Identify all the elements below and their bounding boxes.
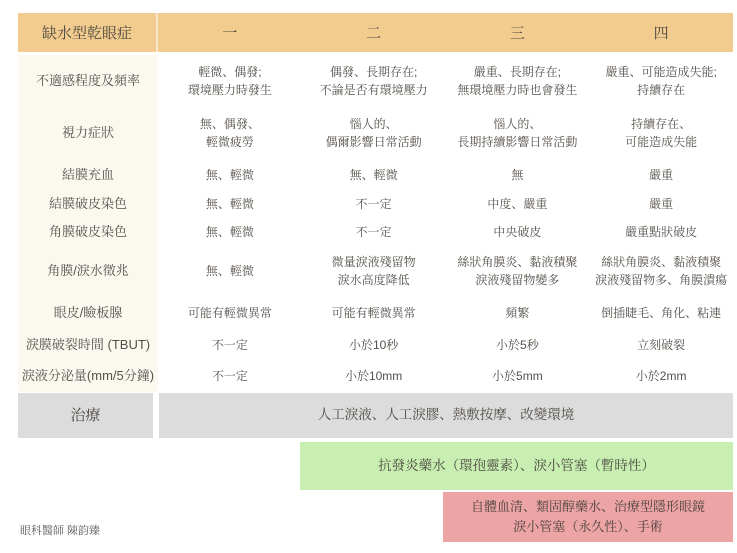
table-cell: 小於2mm: [589, 360, 733, 392]
table-cell: 倒插睫毛、角化、粘連: [589, 296, 733, 329]
header-col-2: 二: [302, 13, 446, 52]
table-cell: 無、輕微: [158, 246, 302, 296]
header-col-3: 三: [446, 13, 590, 52]
table-cell: 微量淚液殘留物 淚水高度降低: [302, 246, 446, 296]
dry-eye-severity-table-page: 缺水型乾眼症 一 二 三 四 不適感程度及頻率 輕微、偶發; 環境壓力時發生 偶…: [0, 0, 737, 553]
table-cell: 小於5秒: [446, 329, 590, 360]
severity-table-body: 不適感程度及頻率 輕微、偶發; 環境壓力時發生 偶發、長期存在; 不論是否有環境…: [18, 55, 733, 392]
table-cell: 不一定: [158, 360, 302, 392]
table-cell: 小於10mm: [302, 360, 446, 392]
table-cell: 惱人的、 長期持續影響日常活動: [446, 107, 590, 159]
table-cell: 立刻破裂: [589, 329, 733, 360]
treatment-all-levels-bar: 人工淚液、人工淚膠、熱敷按摩、改變環境: [159, 393, 733, 438]
table-cell: 嚴重、可能造成失能; 持續存在: [589, 55, 733, 107]
table-cell: 惱人的、 偶爾影響日常活動: [302, 107, 446, 159]
table-header-row: 缺水型乾眼症 一 二 三 四: [18, 13, 733, 52]
row-label: 角膜/淚水徵兆: [18, 246, 158, 296]
row-label: 視力症狀: [18, 107, 158, 159]
row-label: 結膜破皮染色: [18, 190, 158, 218]
table-cell: 可能有輕微異常: [158, 296, 302, 329]
row-label: 角膜破皮染色: [18, 218, 158, 246]
table-cell: 無、偶發、 輕微疲勞: [158, 107, 302, 159]
table-cell: 嚴重點狀破皮: [589, 218, 733, 246]
table-cell: 嚴重、長期存在; 無環境壓力時也會發生: [446, 55, 590, 107]
table-cell: 無、輕微: [158, 159, 302, 190]
table-cell: 中央破皮: [446, 218, 590, 246]
treatment-row-label: 治療: [18, 393, 153, 438]
header-col-4: 四: [589, 13, 733, 52]
table-cell: 小於10秒: [302, 329, 446, 360]
table-cell: 頻繁: [446, 296, 590, 329]
table-cell: 絲狀角膜炎、黏液積聚 淚液殘留物多、角膜潰瘍: [589, 246, 733, 296]
table-cell: 不一定: [158, 329, 302, 360]
table-cell: 小於5mm: [446, 360, 590, 392]
table-cell: 絲狀角膜炎、黏液積聚 淚液殘留物變多: [446, 246, 590, 296]
row-label: 不適感程度及頻率: [18, 55, 158, 107]
author-credit: 眼科醫師 陳韵臻: [20, 522, 100, 538]
table-cell: 不一定: [302, 190, 446, 218]
row-label: 結膜充血: [18, 159, 158, 190]
table-cell: 嚴重: [589, 159, 733, 190]
table-cell: 無、輕微: [302, 159, 446, 190]
table-cell: 持續存在、 可能造成失能: [589, 107, 733, 159]
table-cell: 中度、嚴重: [446, 190, 590, 218]
row-label: 淚液分泌量(mm/5分鐘): [18, 360, 158, 392]
table-cell: 偶發、長期存在; 不論是否有環境壓力: [302, 55, 446, 107]
table-cell: 無、輕微: [158, 218, 302, 246]
treatment-levels-3-4-bar: 自體血清、類固醇藥水、治療型隱形眼鏡 淚小管塞（永久性）、手術: [443, 492, 733, 542]
row-label: 眼皮/瞼板腺: [18, 296, 158, 329]
table-cell: 輕微、偶發; 環境壓力時發生: [158, 55, 302, 107]
row-label: 淚膜破裂時間 (TBUT): [18, 329, 158, 360]
treatment-levels-2-4-bar: 抗發炎藥水（環孢靈素）、淚小管塞（暫時性）: [300, 442, 733, 490]
table-cell: 無、輕微: [158, 190, 302, 218]
table-cell: 可能有輕微異常: [302, 296, 446, 329]
header-col-1: 一: [158, 13, 302, 52]
table-cell: 嚴重: [589, 190, 733, 218]
table-cell: 無: [446, 159, 590, 190]
table-title: 缺水型乾眼症: [18, 13, 158, 52]
table-cell: 不一定: [302, 218, 446, 246]
